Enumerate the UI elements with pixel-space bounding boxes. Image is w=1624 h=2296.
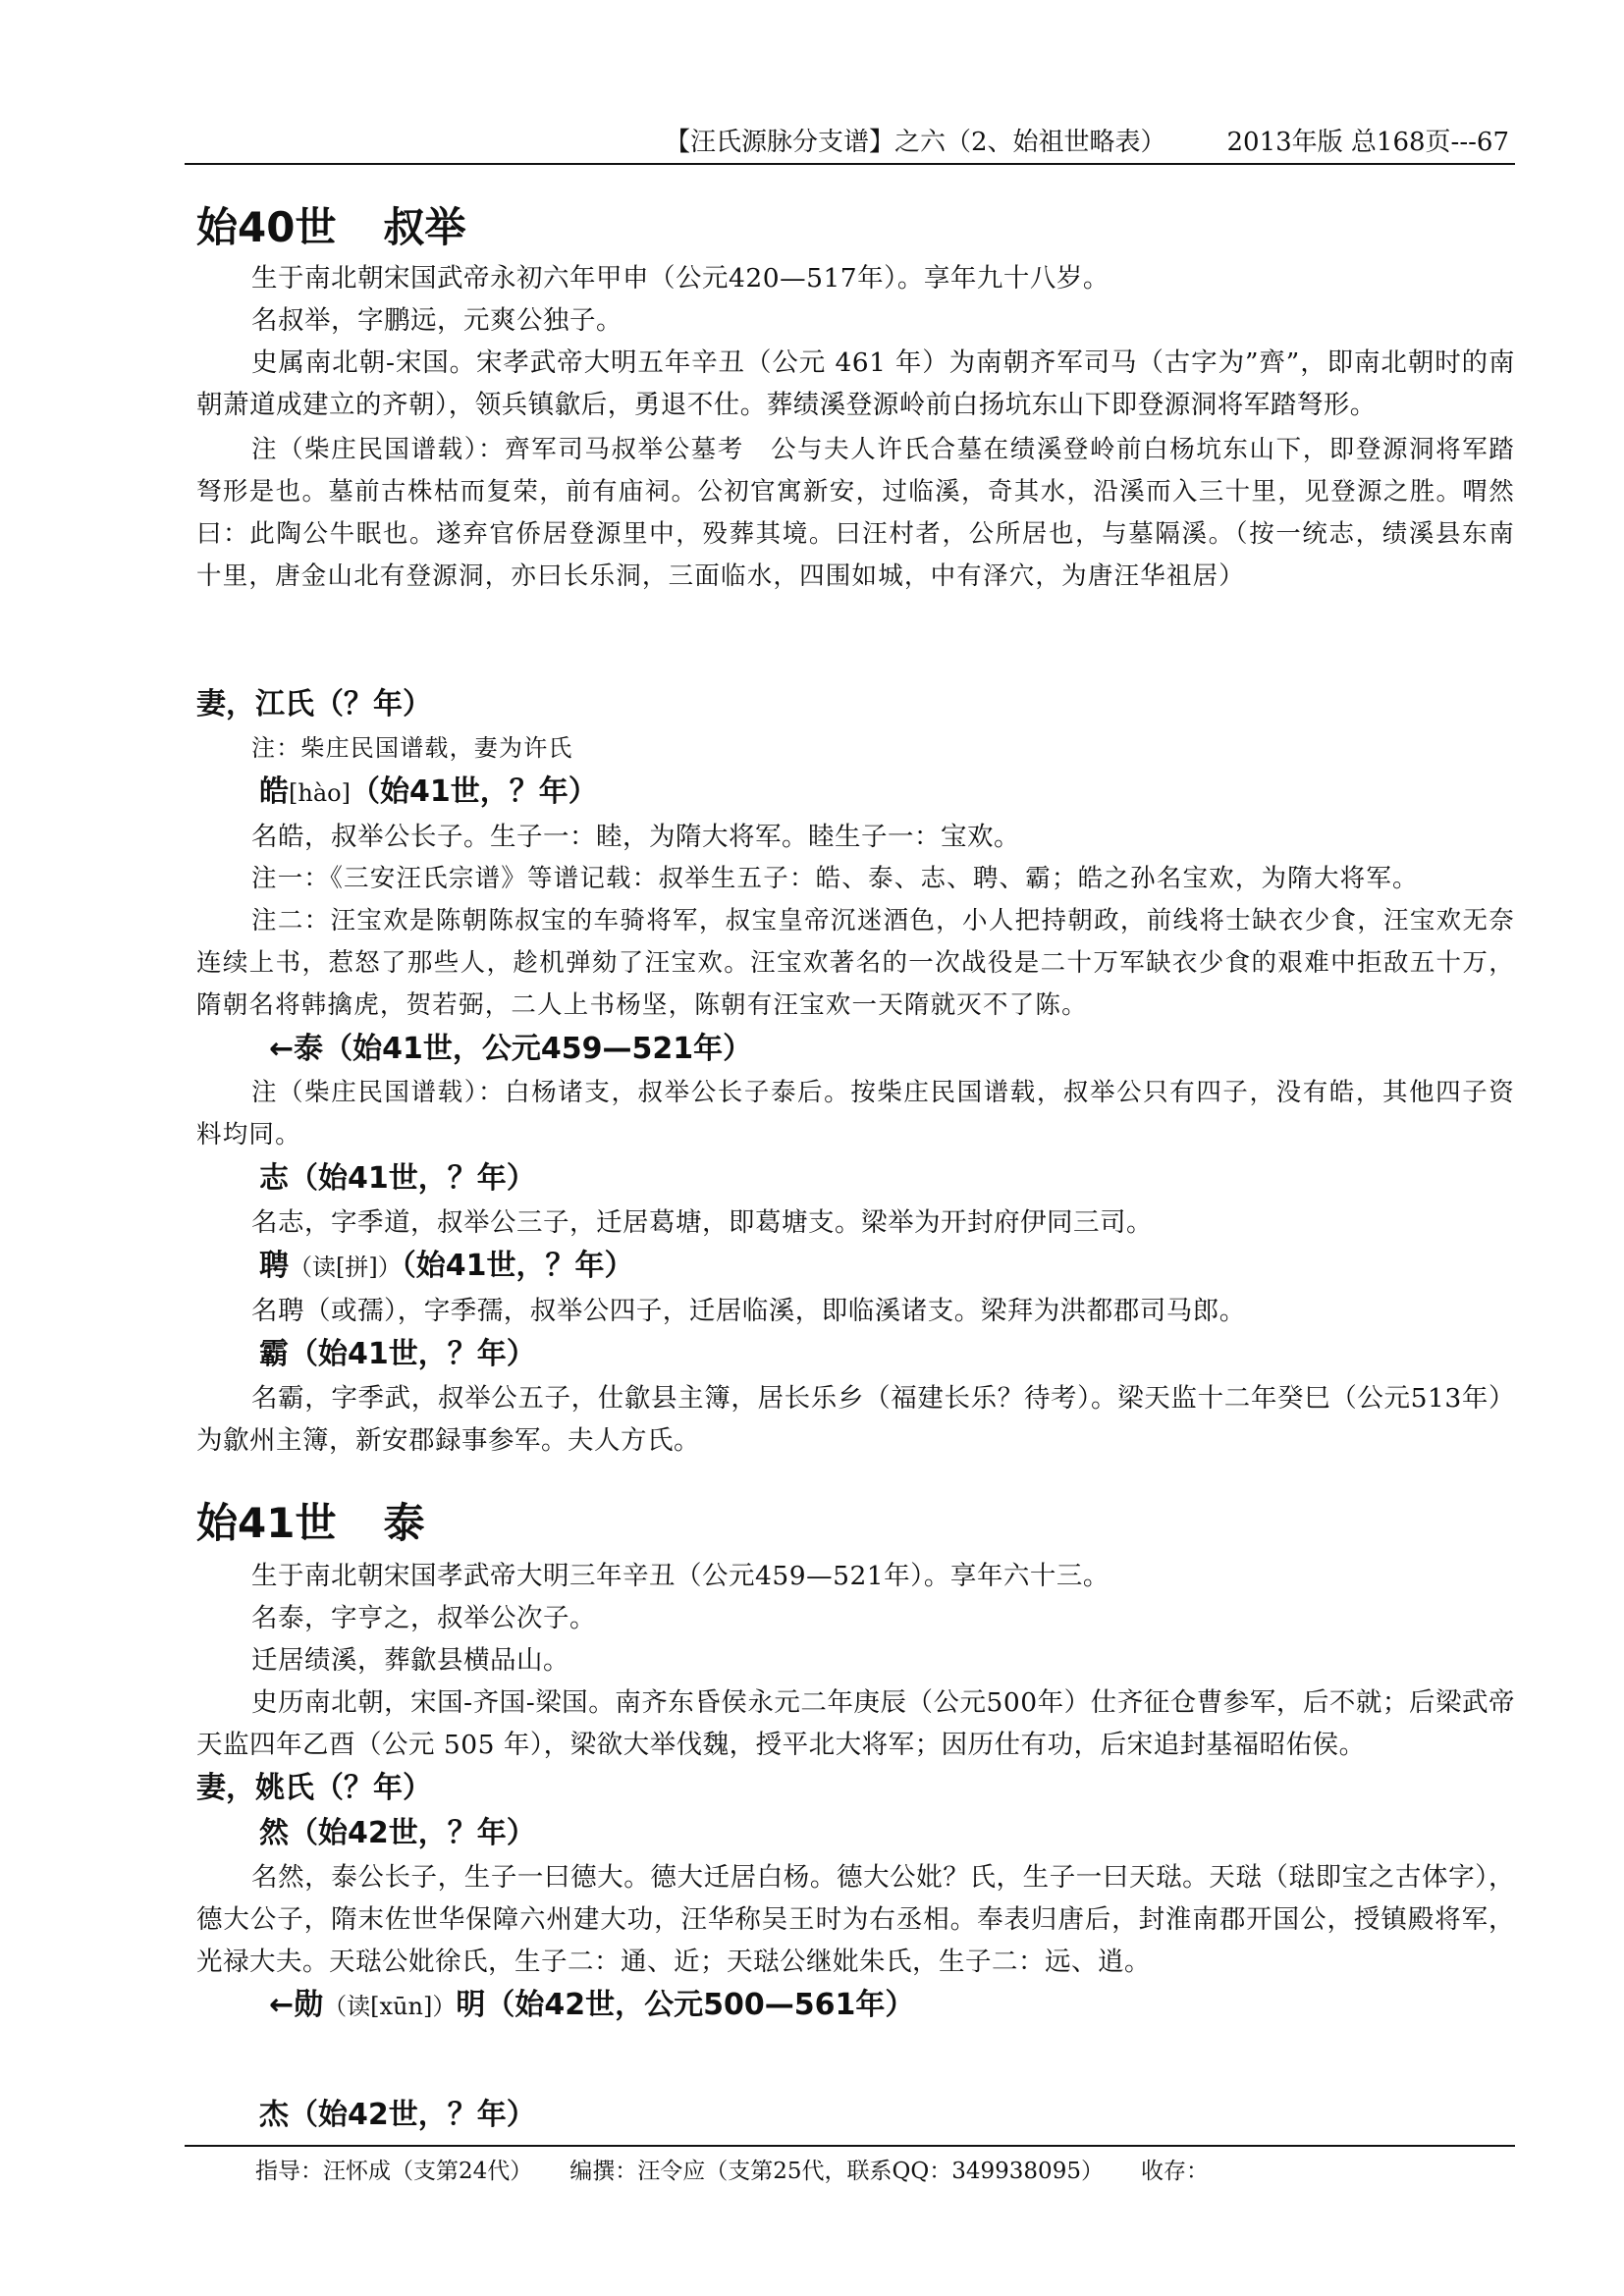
paragraph: 名叔举，字鹏远，元爽公独子。 <box>196 299 1515 342</box>
paragraph: 名皓，叔举公长子。生子一：睦，为隋大将军。睦生子一：宝欢。 <box>196 816 1515 858</box>
running-header: 【汪氏源脉分支谱】之六（2、始祖世略表）2013年版 总168页---67 <box>665 122 1509 158</box>
paragraph: 名然，泰公长子，生子一曰德大。德大迁居白杨。德大公妣？氏，生子一曰天琺。天琺（琺… <box>196 1856 1515 1983</box>
child-heading-hao: 皓[hào]（始41世，？年） <box>196 770 1515 816</box>
child-heading-xunming: ←勋（读[xūn]）明（始42世，公元500—561年） <box>196 1983 1515 2029</box>
footer-guide: 指导：汪怀成（支第24代） <box>255 2159 532 2184</box>
paragraph: 史属南北朝-宋国。宋孝武帝大明五年辛丑（公元 461 年）为南朝齐军司马（古字为… <box>196 342 1515 426</box>
paragraph: 名霸，字季武，叔举公五子，仕歙县主簿，居长乐乡（福建长乐？待考）。梁天监十二年癸… <box>196 1377 1515 1462</box>
paragraph: 名志，字季道，叔举公三子，迁居葛塘，即葛塘支。梁举为开封府伊同三司。 <box>196 1201 1515 1244</box>
header-rule <box>185 163 1515 165</box>
child-heading-ba: 霸（始41世，？年） <box>196 1332 1515 1377</box>
child-heading-tai: ←泰（始41世，公元459—521年） <box>196 1027 1515 1072</box>
header-title: 【汪氏源脉分支谱】之六（2、始祖世略表） <box>665 128 1166 157</box>
note: 注二：汪宝欢是陈朝陈叔宝的车骑将军，叔宝皇帝沉迷酒色，小人把持朝政，前线将士缺衣… <box>196 900 1515 1027</box>
child-heading-jie: 杰（始42世，？年） <box>196 2093 1515 2138</box>
section-title: 始41世泰 <box>196 1496 1515 1551</box>
wife-note: 注：柴庄民国谱载，妻为许氏 <box>196 727 1515 770</box>
paragraph: 名泰，字亨之，叔举公次子。 <box>196 1597 1515 1639</box>
section-gen41: 始41世泰 <box>196 1496 1515 1551</box>
footer-rule <box>185 2145 1515 2147</box>
footer-editor: 编撰：汪令应（支第25代，联系QQ：349938095） <box>569 2159 1104 2184</box>
paragraph: 生于南北朝宋国武帝永初六年甲申（公元420—517年）。享年九十八岁。 <box>196 257 1515 299</box>
child-heading-ran: 然（始42世，？年） <box>196 1811 1515 1856</box>
note: 注一：《三安汪氏宗谱》等谱记载：叔举生五子：皓、泰、志、聘、霸；皓之孙名宝欢，为… <box>196 858 1515 900</box>
paragraph: 名聘（或孺），字季孺，叔举公四子，迁居临溪，即临溪诸支。梁拜为洪都郡司马郎。 <box>196 1290 1515 1332</box>
footer: 指导：汪怀成（支第24代）编撰：汪令应（支第25代，联系QQ：349938095… <box>255 2153 1209 2185</box>
header-edition: 2013年版 总168页---67 <box>1227 128 1510 157</box>
section-title: 始40世叔举 <box>196 200 1515 255</box>
paragraph: 迁居绩溪，葬歙县横品山。 <box>196 1639 1515 1682</box>
wife-heading: 妻，江氏（？年） <box>196 682 1515 727</box>
footer-archive: 收存： <box>1141 2159 1209 2184</box>
paragraph: 史历南北朝，宋国-齐国-梁国。南齐东昏侯永元二年庚辰（公元500年）仕齐征仓曹参… <box>196 1682 1515 1766</box>
wife-heading: 妻，姚氏（？年） <box>196 1766 1515 1811</box>
section-gen40: 始40世叔举 <box>196 200 1515 255</box>
child-heading-zhi: 志（始41世，？年） <box>196 1156 1515 1201</box>
note: 注（柴庄民国谱载）：白杨诸支，叔举公长子泰后。按柴庄民国谱载，叔举公只有四子，没… <box>196 1072 1515 1156</box>
section-gen41-body: 生于南北朝宋国孝武帝大明三年辛丑（公元459—521年）。享年六十三。 名泰，字… <box>196 1555 1515 2029</box>
child-heading-pin: 聘（读[拼]）（始41世，？年） <box>196 1244 1515 1290</box>
section-gen40-body: 生于南北朝宋国武帝永初六年甲申（公元420—517年）。享年九十八岁。 名叔举，… <box>196 257 1515 598</box>
paragraph: 生于南北朝宋国孝武帝大明三年辛丑（公元459—521年）。享年六十三。 <box>196 1555 1515 1597</box>
note: 注（柴庄民国谱载）：齊军司马叔举公墓考 公与夫人许氏合墓在绩溪登岭前白杨坑东山下… <box>196 429 1515 598</box>
